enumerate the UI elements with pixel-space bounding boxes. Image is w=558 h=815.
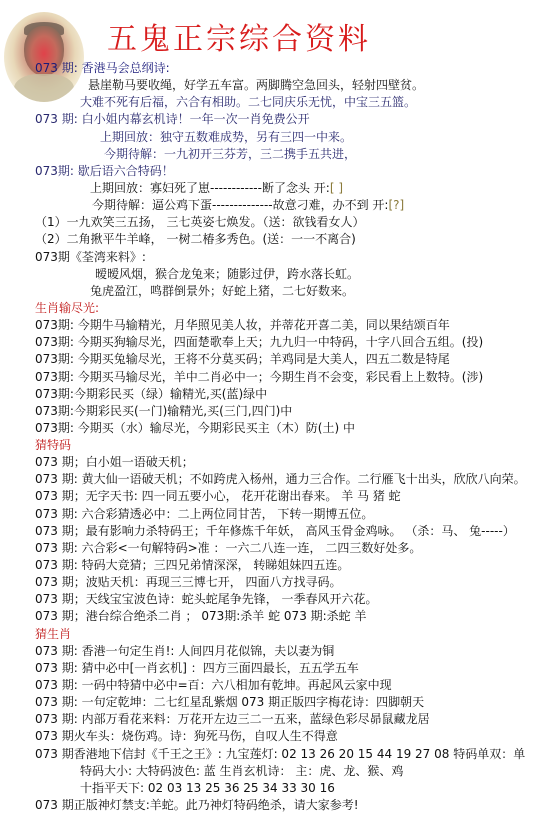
text-line: 073 期；白小姐一语破天机； [35,454,194,471]
line-text: 073 期；无字天书: 四一同五要小心， 花开花谢出春来。 羊 马 猪 蛇 [35,489,401,503]
line-text: 073 期: 黄大仙一语破天机；不如跨虎入杨州，通力三合作。二行雁飞十出头，欣欣… [35,472,526,486]
line-text: 073 期: 香港马会总纲诗: [35,61,170,75]
line-text: 今期待解：一九初开三芬芳，三二携手五共进， [104,147,356,161]
line-text: 猜生肖 [35,627,71,641]
section-heading: 猜特码 [35,437,71,454]
line-text: 073 期；港台综合绝杀二肖 ； 073期:杀羊 蛇 073 期:杀蛇 羊 [35,609,367,623]
line-text: 073期: 今期买狗输尽光，四面楚歌奉上天；九九归一中特码，十字八回合五组。(投… [35,335,483,349]
text-line: 073 期: 香港一句定生肖!: 人间四月花似锦，夫以妻为铜 [35,643,334,660]
line-text: 073期:今期彩民买（绿）输精光,买(蓝)绿中 [35,387,267,401]
text-line: 上期回放：独守五数难成势，另有三四一中来。 [100,129,352,146]
line-text: 073 期: 六合彩<一句解特码>准 ：一六二八连一连， 二四三数好处多。 [35,541,421,555]
line-text: 073 期火车头：烧伤鸡。诗：狗死马伤，自叹人生不得意 [35,729,338,743]
line-text: （1）一九欢笑三五扬， 三七英姿七焕发。（送：欲钱看女人） [35,215,364,229]
text-line: 073 期: 香港马会总纲诗: [35,60,170,77]
line-text: 上期回放：寡妇死了崽------------断了念头 开: [90,181,330,195]
text-line: 073期: 今期买兔输尽光，王将不分莫买码；羊鸡同是大美人，四五二数是特尾 [35,351,450,368]
text-line: （1）一九欢笑三五扬， 三七英姿七焕发。（送：欲钱看女人） [35,214,364,231]
line-text: 悬崖勒马要收绳，好学五车富。两脚腾空急回头，轻射四壁贫。 [88,78,424,92]
text-line: 073 期正版神灯禁支:羊蛇。此乃神灯特码绝杀，请大家参考! [35,797,359,814]
page-title: 五鬼正宗综合资料 [107,22,371,58]
line-text: 073 期: 六合彩猜透必中：二上两位同甘苦， 下转一期博五位。 [35,507,373,521]
text-line: 073期: 今期牛马输精光，月华照见美人妆，并蒂花开喜二美，同以果结颂百年 [35,317,450,334]
line-text: 073期: 今期买兔输尽光，王将不分莫买码；羊鸡同是大美人，四五二数是特尾 [35,352,450,366]
text-line: 073 期；无字天书: 四一同五要小心， 花开花谢出春来。 羊 马 猪 蛇 [35,488,401,505]
text-line: 073期:今期彩民买（绿）输精光,买(蓝)绿中 [35,386,267,403]
text-line: 073 期火车头：烧伤鸡。诗：狗死马伤，自叹人生不得意 [35,728,338,745]
text-line: 073 期: 六合彩<一句解特码>准 ：一六二八连一连， 二四三数好处多。 [35,540,421,557]
text-line: 073 期；波贴天机：再现三三博七开， 四面八方找寻码。 [35,574,342,591]
line-text: 073 期: 内部万看花来料：万花开左边三二一五来，蓝绿色彩尽昴鼠藏龙居 [35,712,430,726]
text-line: 073 期: 白小姐内幕玄机诗！一年一次一肖免费公开 [35,111,310,128]
line-text: 兔虎盈江，鸣群倒景外；好蛇上猪，二七好数来。 [90,284,354,298]
text-line: 今期待解：一九初开三芬芳，三二携手五共进， [104,146,356,163]
text-line: 特码大小: 大特码波色: 蓝 生肖玄机诗： 主：虎、龙、猴、鸡 [80,763,403,780]
text-line: 兔虎盈江，鸣群倒景外；好蛇上猪，二七好数来。 [90,283,354,300]
text-line: 073 期；最有影响力杀特码王；千年修炼千年妖， 高风玉骨金鸡咏。 （杀：马、 … [35,523,515,540]
text-line: 073 期: 内部万看花来料：万花开左边三二一五来，蓝绿色彩尽昴鼠藏龙居 [35,711,430,728]
text-line: 十指平天下: 02 03 13 25 36 25 34 33 30 16 [80,780,335,797]
text-line: 073期《荃湾来料》: [35,249,146,266]
portrait-avatar [4,12,84,102]
line-text: 073 期: 特码大竞猜；三四兄弟情深深， 转睇姐妹四五连。 [35,558,349,572]
line-text: 今期待解：逼公鸡下蛋--------------故意刁难，办不到 开: [92,198,388,212]
text-line: 悬崖勒马要收绳，好学五车富。两脚腾空急回头，轻射四壁贫。 [88,77,424,94]
text-line: 073 期: 特码大竞猜；三四兄弟情深深， 转睇姐妹四五连。 [35,557,349,574]
line-text: 073期: 今期买（水）输尽光，今期彩民买主（木）防(土) 中 [35,421,355,435]
line-text: 073 期正版神灯禁支:羊蛇。此乃神灯特码绝杀，请大家参考! [35,798,359,812]
section-heading: 生肖输尽光: [35,300,99,317]
line-text: 073期: 今期牛马输精光，月华照见美人妆，并蒂花开喜二美，同以果结颂百年 [35,318,450,332]
line-text: 073期《荃湾来料》: [35,250,146,264]
line-text: 073 期: 香港一句定生肖!: 人间四月花似锦，夫以妻为铜 [35,644,334,658]
text-line: 073期: 今期买（水）输尽光，今期彩民买主（木）防(土) 中 [35,420,355,437]
line-text: 073 期: 白小姐内幕玄机诗！一年一次一肖免费公开 [35,112,310,126]
line-text: 073 期: 一句定乾坤：二七红星乱紫烟 073 期正版四字梅花诗：四脚朝天 [35,695,424,709]
line-text: 特码大小: 大特码波色: 蓝 生肖玄机诗： 主：虎、龙、猴、鸡 [80,764,403,778]
text-line: 073 期: 一句定乾坤：二七红星乱紫烟 073 期正版四字梅花诗：四脚朝天 [35,694,424,711]
line-text: 073 期: 一码中特猜中必中=百：六八相加有乾坤。再起风云家中现 [35,678,392,692]
line-text: 生肖输尽光: [35,301,99,315]
line-text: 073 期；白小姐一语破天机； [35,455,194,469]
avatar-body [14,74,74,102]
line-text: 073 期: 猜中必中[一肖玄机] ：四方三面四最长，五五学五车 [35,661,359,675]
text-line: 073 期；天线宝宝波色诗：蛇头蛇尾争先锋， 一季春风开六花。 [35,591,378,608]
text-line: 073 期: 黄大仙一语破天机；不如跨虎入杨州，通力三合作。二行雁飞十出头，欣欣… [35,471,526,488]
line-text: 073期: 歇后语六合特码！ [35,164,174,178]
line-text: 073 期；波贴天机：再现三三博七开， 四面八方找寻码。 [35,575,342,589]
text-line: （2）二角揪平牛羊峰， 一树二椿多秀色。(送：一一不离合) [35,231,356,248]
line-text: 上期回放：独守五数难成势，另有三四一中来。 [100,130,352,144]
line-text: 073期:今期彩民买(一门)输精光,买(三门,四门)中 [35,404,292,418]
text-line: 大难不死有后福，六合有相助。二七同庆乐无忧，中宝三五篮。 [80,94,416,111]
text-line: 073 期: 六合彩猜透必中：二上两位同甘苦， 下转一期博五位。 [35,506,373,523]
text-line: 073期: 今期买狗输尽光，四面楚歌奉上天；九九归一中特码，十字八回合五组。(投… [35,334,483,351]
text-line: 暧暧风烟，猴合龙兔来；随影过伊，跨水落长虹。 [95,266,359,283]
line-text: 猜特码 [35,438,71,452]
line-text: 073 期；最有影响力杀特码王；千年修炼千年妖， 高风玉骨金鸡咏。 （杀：马、 … [35,524,515,538]
line-text: （2）二角揪平牛羊峰， 一树二椿多秀色。(送：一一不离合) [35,232,356,246]
line-text: 073 期香港地下信封《千王之王》: 九宝莲灯: 02 13 26 20 15 … [35,747,525,761]
text-line: 073 期: 猜中必中[一肖玄机] ：四方三面四最长，五五学五车 [35,660,359,677]
text-line: 073期:今期彩民买(一门)输精光,买(三门,四门)中 [35,403,292,420]
text-line: 073期: 今期买马输尽光，羊中二肖必中一；今期生肖不会变，彩民看上上数特。(涉… [35,369,483,386]
text-line: 073 期香港地下信封《千王之王》: 九宝莲灯: 02 13 26 20 15 … [35,746,525,763]
answer-bracket: [ ] [330,181,343,195]
line-text: 暧暧风烟，猴合龙兔来；随影过伊，跨水落长虹。 [95,267,359,281]
line-text: 073期: 今期买马输尽光，羊中二肖必中一；今期生肖不会变，彩民看上上数特。(涉… [35,370,483,384]
line-text: 073 期；天线宝宝波色诗：蛇头蛇尾争先锋， 一季春风开六花。 [35,592,378,606]
answer-bracket: [?] [388,198,404,212]
line-text: 大难不死有后福，六合有相助。二七同庆乐无忧，中宝三五篮。 [80,95,416,109]
text-line: 073 期；港台综合绝杀二肖 ； 073期:杀羊 蛇 073 期:杀蛇 羊 [35,608,367,625]
text-line: 今期待解：逼公鸡下蛋--------------故意刁难，办不到 开:[?] [92,197,404,214]
text-line: 073期: 歇后语六合特码！ [35,163,174,180]
line-text: 十指平天下: 02 03 13 25 36 25 34 33 30 16 [80,781,335,795]
text-line: 上期回放：寡妇死了崽------------断了念头 开:[ ] [90,180,343,197]
text-line: 073 期: 一码中特猜中必中=百：六八相加有乾坤。再起风云家中现 [35,677,392,694]
section-heading: 猜生肖 [35,626,71,643]
